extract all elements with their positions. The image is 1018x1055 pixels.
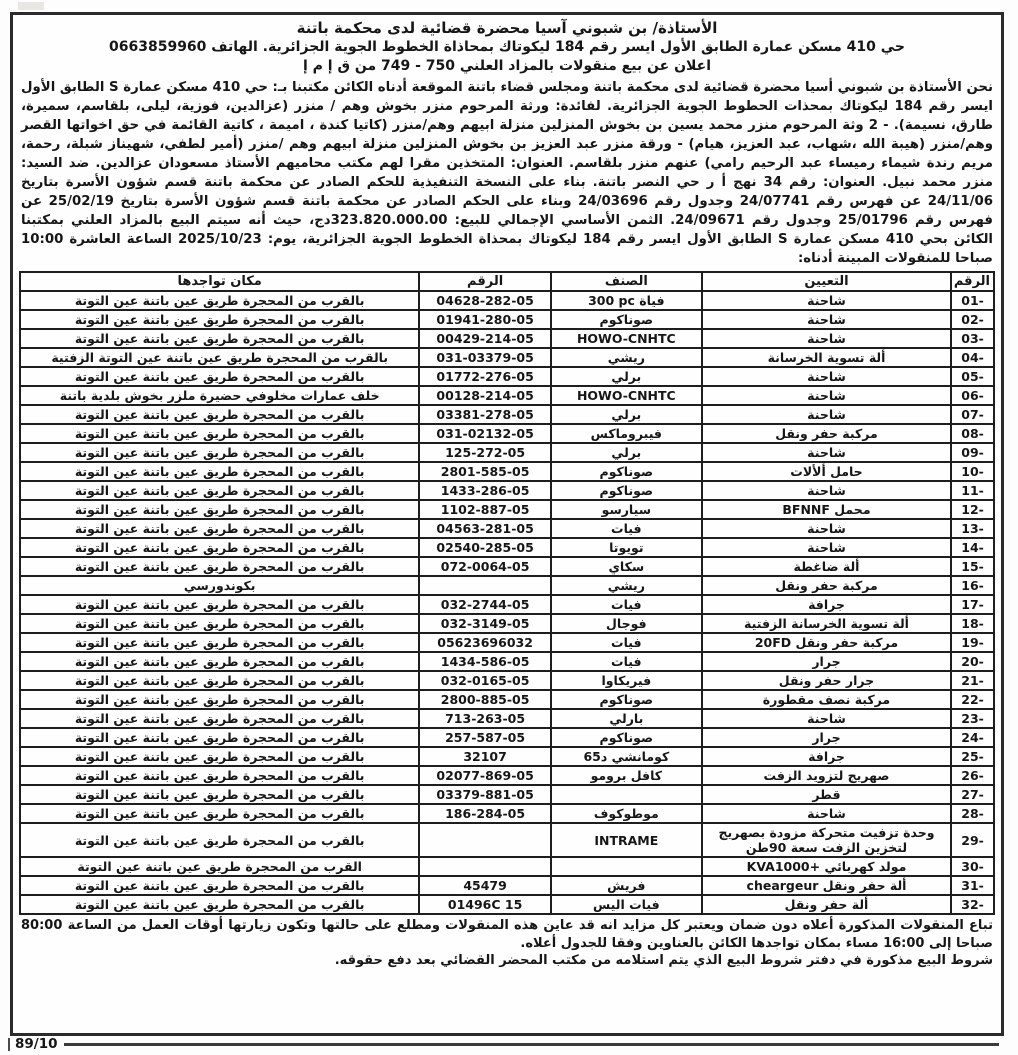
- type-cell: برلي: [551, 443, 702, 462]
- serial-cell: -19: [951, 633, 994, 652]
- table-row: -08مركبة حفر ونقلفيبروماكس031-02132-05با…: [20, 424, 994, 443]
- col-header-serial: الرقم: [951, 272, 994, 291]
- type-cell: فيات: [551, 633, 702, 652]
- designation-cell: ألة حفر ونقل: [702, 895, 951, 914]
- location-cell: خلف عمارات مخلوفي حضيرة ملزر بخوش بلدية …: [20, 386, 419, 405]
- location-cell: بكوندورسي: [20, 576, 419, 595]
- serial-cell: -14: [951, 538, 994, 557]
- serial-cell: -28: [951, 804, 994, 823]
- serial-cell: -12: [951, 500, 994, 519]
- serial-cell: -31: [951, 876, 994, 895]
- table-row: -28شاحنةموطوكوف186-284-05بالقرب من المحج…: [20, 804, 994, 823]
- serial-cell: -17: [951, 595, 994, 614]
- sale-conditions: تباع المنقولات المذكورة أعلاه دون ضمان و…: [19, 917, 995, 970]
- serial-cell: -27: [951, 785, 994, 804]
- serial-cell: -13: [951, 519, 994, 538]
- col-header-type: الصنف: [551, 272, 702, 291]
- designation-cell: ألة حفر ونقل cheargeur: [702, 876, 951, 895]
- type-cell: ريشي: [551, 348, 702, 367]
- location-cell: بالقرب من المحجرة طريق عين باتنة عين الت…: [20, 614, 419, 633]
- location-cell: القرب من المحجرة طريق عين باتنة عين التو…: [20, 857, 419, 876]
- number-cell: 2801-585-05: [419, 462, 550, 481]
- header-address-line: حي 410 مسكن عمارة الطابق الأول ايسر رقم …: [19, 38, 995, 57]
- designation-cell: محمل BFNNF: [702, 500, 951, 519]
- document-page: الأستاذة/ بن شبوني آسيا محضرة قضائية لدى…: [0, 0, 1018, 1055]
- type-cell: فريش: [551, 876, 702, 895]
- document-header: الأستاذة/ بن شبوني آسيا محضرة قضائية لدى…: [19, 18, 995, 76]
- location-cell: بالقرب من المحجرة طريق عين باتنة عين الت…: [20, 766, 419, 785]
- designation-cell: مركبة حفر ونقل 20FD: [702, 633, 951, 652]
- col-header-designation: التعيين: [702, 272, 951, 291]
- designation-cell: وحدة تزفيت متحركة مزودة بصهريج لتخزين ال…: [702, 823, 951, 857]
- location-cell: بالقرب من المحجرة طريق عين باتنة عين الت…: [20, 348, 419, 367]
- location-cell: بالقرب من المحجرة طريق عين باتنة عين الت…: [20, 557, 419, 576]
- serial-cell: -20: [951, 652, 994, 671]
- serial-cell: -22: [951, 690, 994, 709]
- scan-artifact: [18, 2, 44, 10]
- number-cell: 072-0064-05: [419, 557, 550, 576]
- designation-cell: شاحنة: [702, 519, 951, 538]
- location-cell: بالقرب من المحجرة طريق عين باتنة عين الت…: [20, 728, 419, 747]
- designation-cell: جرافة: [702, 595, 951, 614]
- page-number: 89/10: [15, 1036, 58, 1052]
- table-body: -01شاحنةفياة ‎300 pc‎04628-282-05بالقرب …: [20, 291, 994, 914]
- type-cell: فيات: [551, 595, 702, 614]
- serial-cell: -04: [951, 348, 994, 367]
- location-cell: بالقرب من المحجرة طريق عين باتنة عين الت…: [20, 633, 419, 652]
- number-cell: 2800-885-05: [419, 690, 550, 709]
- table-row: -01شاحنةفياة ‎300 pc‎04628-282-05بالقرب …: [20, 291, 994, 310]
- table-row: -15ألة ضاغطةسكاي072-0064-05بالقرب من الم…: [20, 557, 994, 576]
- table-row: -30مولد كهربائي +KVA1000القرب من المحجرة…: [20, 857, 994, 876]
- number-cell: 02077-869-05: [419, 766, 550, 785]
- designation-cell: حامل ألألات: [702, 462, 951, 481]
- serial-cell: -10: [951, 462, 994, 481]
- footer-tick-mark: [8, 1038, 10, 1051]
- serial-cell: -01: [951, 291, 994, 310]
- designation-cell: شاحنة: [702, 386, 951, 405]
- type-cell: فيريكاوا: [551, 671, 702, 690]
- table-row: -27قطر03379-881-05بالقرب من المحجرة طريق…: [20, 785, 994, 804]
- designation-cell: مركبة حفر ونقل: [702, 576, 951, 595]
- location-cell: بالقرب من المحجرة طريق عين باتنة عين الت…: [20, 671, 419, 690]
- serial-cell: -23: [951, 709, 994, 728]
- designation-cell: جرار: [702, 652, 951, 671]
- type-cell: INTRAME: [551, 823, 702, 857]
- serial-cell: -15: [951, 557, 994, 576]
- designation-cell: مركبة حفر ونقل: [702, 424, 951, 443]
- serial-cell: -08: [951, 424, 994, 443]
- type-cell: صوناكوم: [551, 728, 702, 747]
- serial-cell: -02: [951, 310, 994, 329]
- serial-cell: -29: [951, 823, 994, 857]
- number-cell: 32107: [419, 747, 550, 766]
- designation-cell: شاحنة: [702, 367, 951, 386]
- number-cell: 713-263-05: [419, 709, 550, 728]
- col-header-number: الرقم: [419, 272, 550, 291]
- table-row: -14شاحنةتويوتا02540-285-05بالقرب من المح…: [20, 538, 994, 557]
- type-cell: صوناكوم: [551, 481, 702, 500]
- number-cell: 032-0165-05: [419, 671, 550, 690]
- location-cell: بالقرب من المحجرة طريق عين باتنة عين الت…: [20, 500, 419, 519]
- table-row: -06شاحنةHOWO-CNHTC00128-214-05خلف عمارات…: [20, 386, 994, 405]
- table-row: -21جرار حفر ونقلفيريكاوا032-0165-05بالقر…: [20, 671, 994, 690]
- table-row: -02شاحنةصوناكوم01941-280-05بالقرب من الم…: [20, 310, 994, 329]
- location-cell: بالقرب من المحجرة طريق عين باتنة عين الت…: [20, 895, 419, 914]
- serial-cell: -32: [951, 895, 994, 914]
- type-cell: كومانشي د65: [551, 747, 702, 766]
- designation-cell: جرافة: [702, 747, 951, 766]
- designation-cell: شاحنة: [702, 481, 951, 500]
- type-cell: بارلي: [551, 709, 702, 728]
- table-row: -04ألة تسوية الخرسانةريشي031-03379-05بال…: [20, 348, 994, 367]
- col-header-location: مكان تواجدها: [20, 272, 419, 291]
- type-cell: موطوكوف: [551, 804, 702, 823]
- table-row: -18ألة تسوية الخرسانة الزفتيةفوجال032-31…: [20, 614, 994, 633]
- location-cell: بالقرب من المحجرة طريق عين باتنة عين الت…: [20, 291, 419, 310]
- designation-cell: صهريج لتزويد الزفت: [702, 766, 951, 785]
- location-cell: بالقرب من المحجرة طريق عين باتنة عين الت…: [20, 652, 419, 671]
- table-row: -24جرارصوناكوم257-587-05بالقرب من المحجر…: [20, 728, 994, 747]
- table-row: -29وحدة تزفيت متحركة مزودة بصهريج لتخزين…: [20, 823, 994, 857]
- number-cell: 03379-881-05: [419, 785, 550, 804]
- table-row: -11شاحنةصوناكوم1433-286-05بالقرب من المح…: [20, 481, 994, 500]
- designation-cell: جرار: [702, 728, 951, 747]
- type-cell: فيبروماكس: [551, 424, 702, 443]
- header-officer-line: الأستاذة/ بن شبوني آسيا محضرة قضائية لدى…: [19, 18, 995, 38]
- serial-cell: -06: [951, 386, 994, 405]
- number-cell: 00128-214-05: [419, 386, 550, 405]
- page-footer: 89/10: [0, 1034, 1018, 1054]
- number-cell: 00429-214-05: [419, 329, 550, 348]
- type-cell: HOWO-CNHTC: [551, 386, 702, 405]
- serial-cell: -21: [951, 671, 994, 690]
- type-cell: صوناكوم: [551, 462, 702, 481]
- serial-cell: -11: [951, 481, 994, 500]
- designation-cell: شاحنة: [702, 443, 951, 462]
- auction-items-table: الرقم التعيين الصنف الرقم مكان تواجدها -…: [19, 271, 995, 915]
- serial-cell: -24: [951, 728, 994, 747]
- serial-cell: -25: [951, 747, 994, 766]
- number-cell: 1434-586-05: [419, 652, 550, 671]
- table-row: -17جرافةفيات032-2744-05بالقرب من المحجرة…: [20, 595, 994, 614]
- location-cell: بالقرب من المحجرة طريق عين باتنة عين الت…: [20, 538, 419, 557]
- table-row: -25جرافةكومانشي د6532107بالقرب من المحجر…: [20, 747, 994, 766]
- serial-cell: -26: [951, 766, 994, 785]
- number-cell: 1433-286-05: [419, 481, 550, 500]
- designation-cell: ألة تسوية الخرسانة: [702, 348, 951, 367]
- location-cell: بالقرب من المحجرة طريق عين باتنة عين الت…: [20, 785, 419, 804]
- designation-cell: شاحنة: [702, 709, 951, 728]
- designation-cell: مولد كهربائي +KVA1000: [702, 857, 951, 876]
- number-cell: 01496C 15: [419, 895, 550, 914]
- location-cell: بالقرب من المحجرة طريق عين باتنة عين الت…: [20, 690, 419, 709]
- type-cell: فيات: [551, 652, 702, 671]
- location-cell: بالقرب من المحجرة طريق عين باتنة عين الت…: [20, 519, 419, 538]
- number-cell: 05623696032: [419, 633, 550, 652]
- serial-cell: -16: [951, 576, 994, 595]
- table-row: -31ألة حفر ونقل cheargeurفريش45479بالقرب…: [20, 876, 994, 895]
- serial-cell: -18: [951, 614, 994, 633]
- location-cell: بالقرب من المحجرة طريق عين باتنة عين الت…: [20, 876, 419, 895]
- type-cell: صوناكوم: [551, 310, 702, 329]
- type-cell: سيارسو: [551, 500, 702, 519]
- location-cell: بالقرب من المحجرة طريق عين باتنة عين الت…: [20, 595, 419, 614]
- designation-cell: شاحنة: [702, 291, 951, 310]
- number-cell: 1102-887-05: [419, 500, 550, 519]
- number-cell: 186-284-05: [419, 804, 550, 823]
- number-cell: 04628-282-05: [419, 291, 550, 310]
- designation-cell: جرار حفر ونقل: [702, 671, 951, 690]
- table-row: -26صهريج لتزويد الزفتكافل برومو02077-869…: [20, 766, 994, 785]
- serial-cell: -09: [951, 443, 994, 462]
- table-row: -22مركبة نصف مقطورةصوناكوم2800-885-05بال…: [20, 690, 994, 709]
- location-cell: بالقرب من المحجرة طريق عين باتنة عين الت…: [20, 443, 419, 462]
- type-cell: فيات اليس: [551, 895, 702, 914]
- designation-cell: شاحنة: [702, 405, 951, 424]
- number-cell: 45479: [419, 876, 550, 895]
- number-cell: 01941-280-05: [419, 310, 550, 329]
- type-cell: [551, 785, 702, 804]
- serial-cell: -30: [951, 857, 994, 876]
- location-cell: بالقرب من المحجرة طريق عين باتنة عين الت…: [20, 310, 419, 329]
- number-cell: 032-2744-05: [419, 595, 550, 614]
- designation-cell: شاحنة: [702, 310, 951, 329]
- number-cell: [419, 823, 550, 857]
- table-row: -23شاحنةبارلي713-263-05بالقرب من المحجرة…: [20, 709, 994, 728]
- location-cell: بالقرب من المحجرة طريق عين باتنة عين الت…: [20, 709, 419, 728]
- designation-cell: مركبة نصف مقطورة: [702, 690, 951, 709]
- conditions-line-2: شروط البيع مذكورة في دفتر شروط البيع الذ…: [21, 952, 993, 970]
- serial-cell: -03: [951, 329, 994, 348]
- type-cell: فياة ‎300 pc‎: [551, 291, 702, 310]
- table-row: -12محمل BFNNFسيارسو1102-887-05بالقرب من …: [20, 500, 994, 519]
- table-row: -16مركبة حفر ونقلريشيبكوندورسي: [20, 576, 994, 595]
- number-cell: 01772-276-05: [419, 367, 550, 386]
- serial-cell: -05: [951, 367, 994, 386]
- table-row: -32ألة حفر ونقلفيات اليس01496C 15بالقرب …: [20, 895, 994, 914]
- number-cell: [419, 857, 550, 876]
- footer-rule: [64, 1043, 999, 1046]
- location-cell: بالقرب من المحجرة طريق عين باتنة عين الت…: [20, 367, 419, 386]
- number-cell: 02540-285-05: [419, 538, 550, 557]
- table-row: -20جرارفيات1434-586-05بالقرب من المحجرة …: [20, 652, 994, 671]
- location-cell: بالقرب من المحجرة طريق عين باتنة عين الت…: [20, 804, 419, 823]
- location-cell: بالقرب من المحجرة طريق عين باتنة عين الت…: [20, 462, 419, 481]
- table-row: -09شاحنةبرلي125-272-05بالقرب من المحجرة …: [20, 443, 994, 462]
- type-cell: فيات: [551, 519, 702, 538]
- table-row: -07شاحنةبرلي03381-278-05بالقرب من المحجر…: [20, 405, 994, 424]
- designation-cell: ألة تسوية الخرسانة الزفتية: [702, 614, 951, 633]
- number-cell: 032-3149-05: [419, 614, 550, 633]
- number-cell: [419, 576, 550, 595]
- type-cell: فوجال: [551, 614, 702, 633]
- type-cell: صوناكوم: [551, 690, 702, 709]
- type-cell: كافل برومو: [551, 766, 702, 785]
- location-cell: بالقرب من المحجرة طريق عين باتنة عين الت…: [20, 481, 419, 500]
- conditions-line-1: تباع المنقولات المذكورة أعلاه دون ضمان و…: [21, 917, 993, 952]
- number-cell: 04563-281-05: [419, 519, 550, 538]
- serial-cell: -07: [951, 405, 994, 424]
- number-cell: 257-587-05: [419, 728, 550, 747]
- location-cell: بالقرب من المحجرة طريق عين باتنة عين الت…: [20, 329, 419, 348]
- table-row: -19مركبة حفر ونقل 20FDفيات05623696032بال…: [20, 633, 994, 652]
- designation-cell: شاحنة: [702, 538, 951, 557]
- table-row: -10حامل ألألاتصوناكوم2801-585-05بالقرب م…: [20, 462, 994, 481]
- number-cell: 125-272-05: [419, 443, 550, 462]
- number-cell: 03381-278-05: [419, 405, 550, 424]
- location-cell: بالقرب من المحجرة طريق عين باتنة عين الت…: [20, 747, 419, 766]
- number-cell: 031-02132-05: [419, 424, 550, 443]
- announcement-sheet: الأستاذة/ بن شبوني آسيا محضرة قضائية لدى…: [10, 12, 1004, 1036]
- location-cell: بالقرب من المحجرة طريق عين باتنة عين الت…: [20, 424, 419, 443]
- location-cell: بالقرب من المحجرة طريق عين باتنة عين الت…: [20, 823, 419, 857]
- number-cell: 031-03379-05: [419, 348, 550, 367]
- table-row: -13شاحنةفيات04563-281-05بالقرب من المحجر…: [20, 519, 994, 538]
- type-cell: HOWO-CNHTC: [551, 329, 702, 348]
- table-header-row: الرقم التعيين الصنف الرقم مكان تواجدها: [20, 272, 994, 291]
- type-cell: تويوتا: [551, 538, 702, 557]
- designation-cell: شاحنة: [702, 804, 951, 823]
- type-cell: برلي: [551, 405, 702, 424]
- table-row: -03شاحنةHOWO-CNHTC00429-214-05بالقرب من …: [20, 329, 994, 348]
- header-title-line: اعلان عن بيع منقولات بالمزاد العلني ‎749…: [19, 57, 995, 76]
- type-cell: سكاي: [551, 557, 702, 576]
- designation-cell: شاحنة: [702, 329, 951, 348]
- location-cell: بالقرب من المحجرة طريق عين باتنة عين الت…: [20, 405, 419, 424]
- table-row: -05شاحنةبرلي01772-276-05بالقرب من المحجر…: [20, 367, 994, 386]
- type-cell: [551, 857, 702, 876]
- type-cell: ريشي: [551, 576, 702, 595]
- designation-cell: ألة ضاغطة: [702, 557, 951, 576]
- announcement-body-paragraph: نحن الأستاذة بن شبوني أسيا محضرة قضائية …: [21, 78, 993, 268]
- type-cell: برلي: [551, 367, 702, 386]
- designation-cell: قطر: [702, 785, 951, 804]
